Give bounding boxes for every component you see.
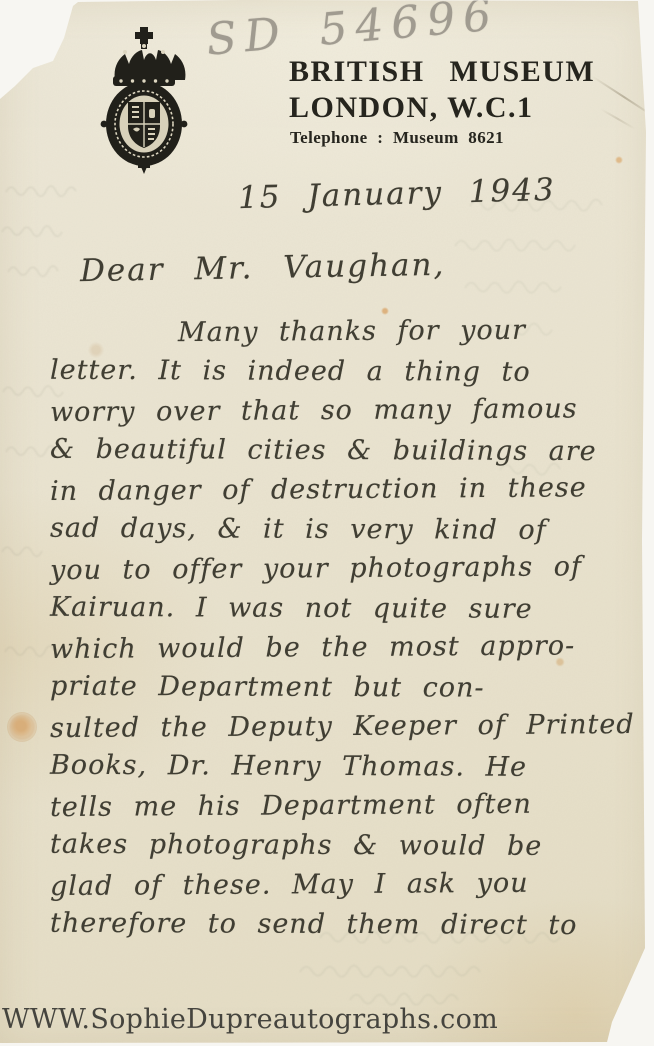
royal-arms-icon xyxy=(94,26,194,174)
handwritten-line: sulted the Deputy Keeper of Printed xyxy=(50,705,640,749)
paper-crease xyxy=(592,75,654,118)
letter-body: Many thanks for yourletter. It is indeed… xyxy=(50,312,640,944)
handwritten-line: priate Department but con- xyxy=(50,666,640,708)
letter-date: 15 January 1943 xyxy=(238,172,557,216)
handwritten-line: tells me his Department often xyxy=(50,784,640,828)
scanned-letter: SD 54696 xyxy=(0,0,654,1046)
handwritten-line: which would be the most appro- xyxy=(50,626,640,670)
handwritten-line: in danger of destruction in these xyxy=(50,468,640,512)
paper-crease xyxy=(600,108,636,130)
handwritten-line: Kairuan. I was not quite sure xyxy=(50,587,640,629)
letter-paper: SD 54696 xyxy=(0,0,654,1046)
handwritten-line: sad days, & it is very kind of xyxy=(50,508,640,550)
letterhead-org-name: BRITISH MUSEUM xyxy=(289,55,595,89)
letterhead-telephone: Telephone : Museum 8621 xyxy=(290,128,504,148)
handwritten-line: takes photographs & would be xyxy=(50,824,640,866)
handwritten-line: Books, Dr. Henry Thomas. He xyxy=(50,745,640,787)
handwritten-line: glad of these. May I ask you xyxy=(50,863,640,907)
handwritten-line: worry over that so many famous xyxy=(50,389,640,433)
stain-spot xyxy=(7,712,37,742)
watermark-text: WWW.SophieDupreautographs.com xyxy=(2,1004,498,1035)
handwritten-line: therefore to send them direct to xyxy=(50,903,640,945)
letterhead-address: LONDON, W.C.1 xyxy=(289,91,534,125)
handwritten-line: letter. It is indeed a thing to xyxy=(50,350,640,392)
handwritten-line: & beautiful cities & buildings are xyxy=(50,429,640,471)
handwritten-line: Many thanks for your xyxy=(50,310,640,354)
letter-salutation: Dear Mr. Vaughan, xyxy=(80,247,446,289)
handwritten-line: you to offer your photographs of xyxy=(50,547,640,591)
